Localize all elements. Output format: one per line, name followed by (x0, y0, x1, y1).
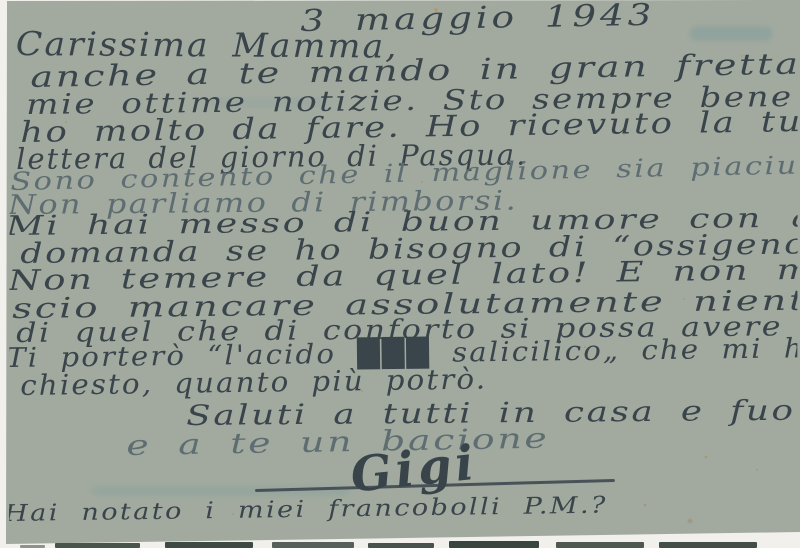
signature: Gigi (348, 435, 480, 504)
scan-edge-fragment (449, 541, 539, 548)
scan-edge-fragment (368, 543, 434, 548)
postcard: 3 maggio 1943 Carissima Mamma, anche a t… (0, 0, 800, 548)
postscript: Hai notato i miei francobolli P.M.? (4, 493, 608, 527)
scan-background: 3 maggio 1943 Carissima Mamma, anche a t… (0, 0, 800, 548)
ink-showthrough-mark (690, 26, 772, 41)
letter-closing-line: e a te un bacione (126, 422, 550, 462)
scan-edge-fragment (272, 542, 354, 548)
scan-edge-fragment (55, 543, 140, 548)
scan-edge-fragment (659, 542, 757, 548)
scan-edge-fragment (165, 542, 253, 548)
scan-edge-fragment (556, 542, 644, 548)
